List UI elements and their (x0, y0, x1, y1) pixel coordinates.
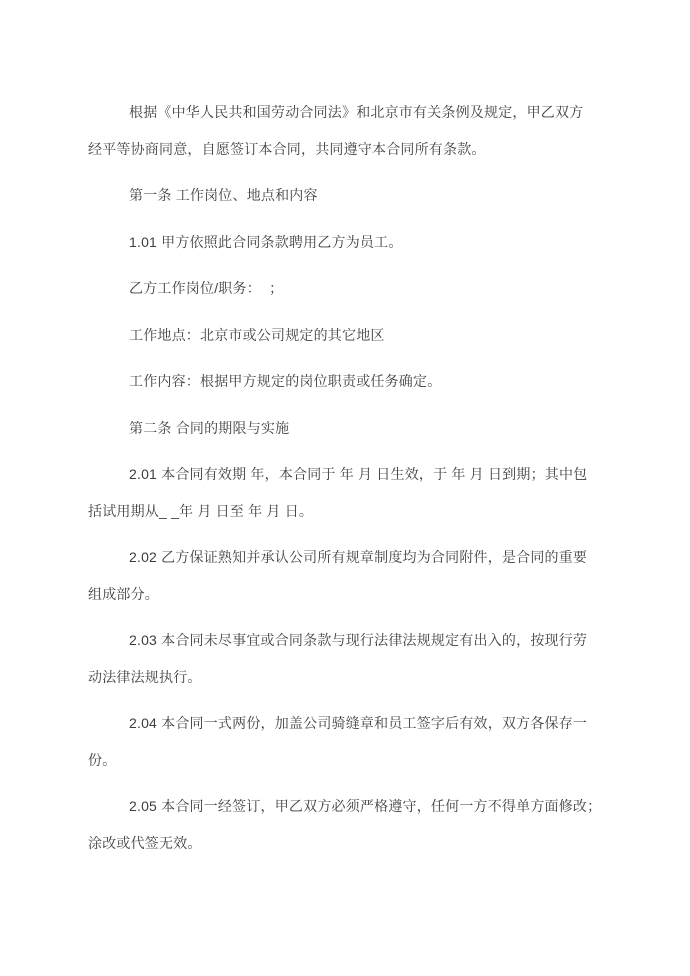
paragraph: 2.04 本合同一式两份，加盖公司骑缝章和员工签字后有效，双方各保存一 份。 (88, 705, 630, 778)
paragraph: 2.03 本合同未尽事宜或合同条款与现行法律法规规定有出入的，按现行劳 动法律法… (88, 622, 630, 695)
paragraph: 乙方工作岗位/职务： ； (88, 270, 630, 307)
contract-body: 根据《中华人民共和国劳动合同法》和北京市有关条例及规定，甲乙双方 经平等协商同意… (88, 94, 630, 861)
paragraph: 2.02 乙方保证熟知并承认公司所有规章制度均为合同附件，是合同的重要 组成部分… (88, 539, 630, 612)
paragraph: 2.05 本合同一经签订，甲乙双方必须严格遵守，任何一方不得单方面修改； 涂改或… (88, 788, 630, 861)
paragraph: 2.01 本合同有效期 年，本合同于 年 月 日生效，于 年 月 日到期；其中包… (88, 456, 630, 529)
paragraph: 第二条 合同的期限与实施 (88, 410, 630, 447)
paragraph: 第一条 工作岗位、地点和内容 (88, 177, 630, 214)
paragraph: 1.01 甲方依照此合同条款聘用乙方为员工。 (88, 224, 630, 261)
paragraph: 工作地点：北京市或公司规定的其它地区 (88, 317, 630, 354)
document-page: 根据《中华人民共和国劳动合同法》和北京市有关条例及规定，甲乙双方 经平等协商同意… (0, 0, 690, 976)
paragraph: 工作内容：根据甲方规定的岗位职责或任务确定。 (88, 363, 630, 400)
paragraph: 根据《中华人民共和国劳动合同法》和北京市有关条例及规定，甲乙双方 经平等协商同意… (88, 94, 630, 167)
